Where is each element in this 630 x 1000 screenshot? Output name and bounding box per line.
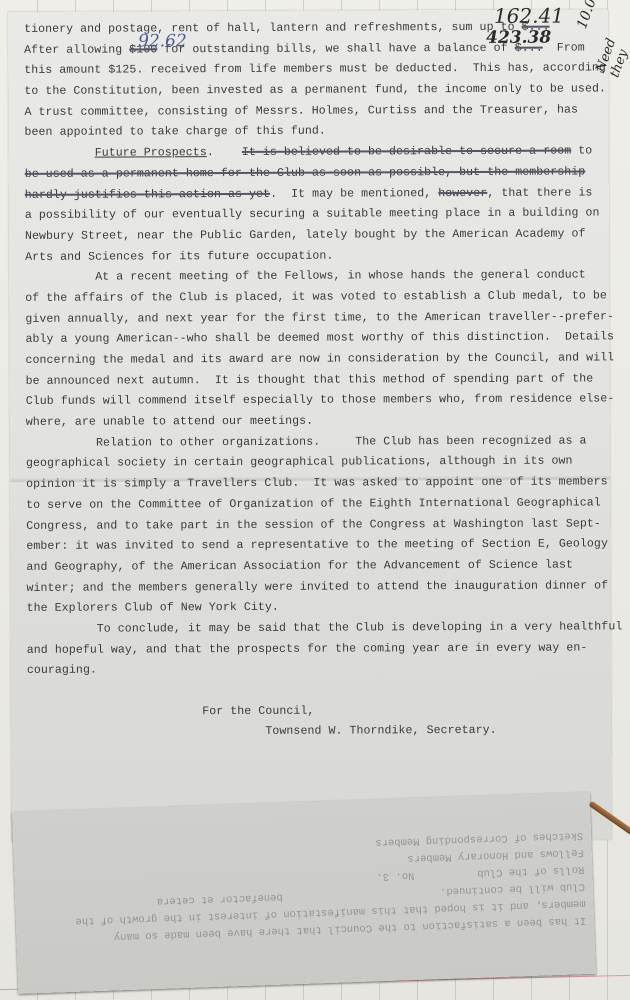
- text-line: be used as a permanent home for the Club…: [25, 162, 610, 185]
- text-line: ember: it was invited to send a represen…: [26, 535, 611, 558]
- text-line: concerning the medal and its award are n…: [25, 348, 610, 371]
- text-line: A trust committee, consisting of Messrs.…: [24, 100, 609, 123]
- line-text: After allowing: [24, 43, 129, 56]
- text-line: where, are unable to attend our meetings…: [26, 410, 611, 433]
- text-line: opinion it is simply a Travellers Club. …: [26, 472, 611, 495]
- line-text: ember: it was invited to send a represen…: [26, 538, 608, 554]
- line-text: to the Constitution, been invested as a …: [24, 82, 606, 98]
- line-text: be announced next autumn. It is thought …: [26, 372, 594, 387]
- line-text: winter; and the members generally were i…: [26, 579, 608, 595]
- text-line: geographical society in certain geograph…: [26, 452, 611, 475]
- section-heading: Future Prospects: [95, 146, 207, 159]
- line-text: To conclude, it may be said that the Clu…: [97, 620, 623, 635]
- line-text: ably a young American--who shall be deem…: [25, 331, 614, 347]
- text-line: At a recent meeting of the Fellows, in w…: [25, 266, 610, 289]
- bleed-through-text: It has been a satisfaction to the Counci…: [23, 826, 586, 947]
- text-line: Newbury Street, near the Public Garden, …: [25, 224, 610, 247]
- line-text: of the affairs of the Club is placed, it…: [25, 289, 607, 305]
- line-text: Arts and Sciences for its future occupat…: [25, 249, 333, 263]
- line-text: a possibility of our eventually securing…: [25, 207, 600, 223]
- line-text: .: [207, 146, 242, 159]
- text-line: and Geography, of the American Associati…: [26, 555, 611, 578]
- line-text: where, are unable to attend our meetings…: [26, 415, 313, 429]
- line-text: opinion it is simply a Travellers Club. …: [26, 476, 608, 492]
- struck-text: however: [438, 186, 487, 199]
- folded-flap: It has been a satisfaction to the Counci…: [12, 792, 596, 994]
- text-line: Relation to other organizations. The Clu…: [26, 431, 611, 454]
- typewritten-body: tionery and postage, rent of hall, lante…: [24, 17, 612, 744]
- line-text: the Explorers Club of New York City.: [27, 601, 279, 615]
- line-text: Congress, and to take part in the sessio…: [26, 517, 601, 533]
- text-line: Future Prospects. It is believed to be d…: [25, 142, 610, 165]
- text-line: Club funds will commend itself especiall…: [26, 390, 611, 413]
- text-line: couraging.: [27, 659, 612, 682]
- text-line: of the affairs of the Club is placed, it…: [25, 286, 610, 309]
- text-line: given annually, and next year for the fi…: [25, 307, 610, 330]
- signature-line: Townsend W. Thorndike, Secretary.: [27, 721, 612, 744]
- text-line: winter; and the members generally were i…: [26, 576, 611, 599]
- text-line: be announced next autumn. It is thought …: [26, 369, 611, 392]
- closing-line: For the Council,: [27, 700, 612, 723]
- text-line: the Explorers Club of New York City.: [27, 597, 612, 620]
- indent: [25, 271, 95, 284]
- line-text: to: [571, 145, 592, 158]
- line-text: , that there is: [487, 186, 592, 199]
- text-line: and hopeful way, and that the prospects …: [27, 638, 612, 661]
- line-text: concerning the medal and its award are n…: [25, 351, 614, 367]
- text-line: this amount $125. received from life mem…: [24, 59, 609, 82]
- line-text: Newbury Street, near the Public Garden, …: [25, 227, 586, 242]
- pencil-correction: 92.62: [138, 31, 187, 51]
- indent: [26, 436, 96, 449]
- line-text: A trust committee, consisting of Messrs.…: [24, 103, 578, 118]
- line-text: been appointed to take charge of this fu…: [24, 125, 325, 139]
- line-text: this amount $125. received from life mem…: [24, 62, 606, 78]
- text-line: Arts and Sciences for its future occupat…: [25, 245, 610, 268]
- line-text: Club funds will commend itself especiall…: [26, 393, 615, 409]
- text-line: been appointed to take charge of this fu…: [24, 121, 609, 144]
- line-text: and Geography, of the American Associati…: [26, 558, 573, 573]
- line-text: and hopeful way, and that the prospects …: [27, 641, 588, 656]
- struck-text: be used as a permanent home for the Club…: [25, 165, 586, 180]
- indent: [27, 623, 97, 636]
- text-line: a possibility of our eventually securing…: [25, 204, 610, 227]
- text-line: hardly justifies this action as yet. It …: [25, 183, 610, 206]
- text-line: to the Constitution, been invested as a …: [24, 79, 609, 102]
- text-line: to serve on the Committee of Organizatio…: [26, 493, 611, 516]
- line-text: tionery and postage, rent of hall, lante…: [24, 21, 522, 36]
- line-text: At a recent meeting of the Fellows, in w…: [95, 269, 586, 284]
- line-text: to serve on the Committee of Organizatio…: [26, 496, 601, 512]
- text-line: Congress, and to take part in the sessio…: [26, 514, 611, 537]
- line-text: . It may be mentioned,: [270, 187, 438, 201]
- struck-text: It is believed to be desirable to secure…: [242, 145, 571, 159]
- handwritten-balance: 423.38: [486, 28, 551, 48]
- line-text: geographical society in certain geograph…: [26, 455, 573, 470]
- document-page: tionery and postage, rent of hall, lante…: [8, 9, 612, 842]
- text-line: ably a young American--who shall be deem…: [25, 328, 610, 351]
- struck-text: hardly justifies this action as yet: [25, 187, 270, 201]
- handwritten-amount: 162.41: [494, 4, 564, 28]
- line-text: for outstanding bills, we shall have a b…: [157, 41, 514, 56]
- line-text: given annually, and next year for the fi…: [25, 310, 614, 326]
- line-text: couraging.: [27, 664, 97, 677]
- indent: [25, 147, 95, 160]
- text-line: To conclude, it may be said that the Clu…: [27, 617, 612, 640]
- line-text: Relation to other organizations. The Clu…: [96, 434, 587, 449]
